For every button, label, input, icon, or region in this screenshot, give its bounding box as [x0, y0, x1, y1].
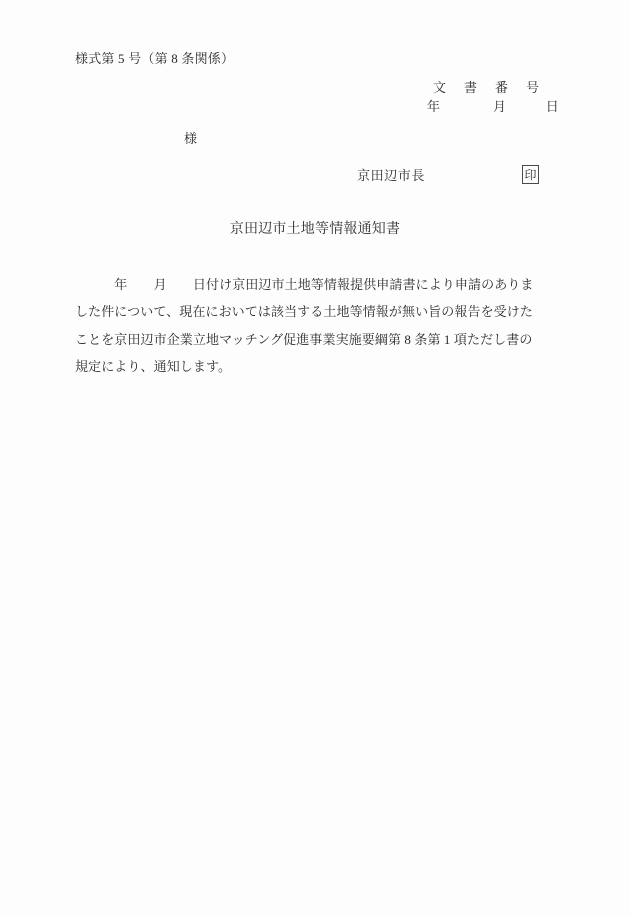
form-reference: 様式第 5 号（第 8 条関係）: [75, 51, 234, 66]
document-page: 様式第 5 号（第 8 条関係） 文 書 番 号 年 月 日 様 京田辺市長 印…: [0, 0, 630, 915]
date-line: 年 月 日: [427, 99, 559, 114]
addressee-honorific: 様: [184, 131, 197, 146]
body-line-3: ことを京田辺市企業立地マッチング促進事業実施要綱第 8 条第 1 項ただし書の: [75, 326, 543, 353]
body-line-4: 規定により、通知します。: [75, 353, 543, 380]
document-title: 京田辺市土地等情報通知書: [0, 218, 630, 238]
body-line-2: した件について、現在においては該当する土地等情報が無い旨の報告を受けた: [75, 298, 543, 325]
body-line-1: 年 月 日付け京田辺市土地等情報提供申請書により申請のありま: [75, 271, 543, 298]
body-paragraph: 年 月 日付け京田辺市土地等情報提供申請書により申請のありま した件について、現…: [75, 271, 543, 380]
seal-mark: 印: [524, 169, 536, 181]
seal-box: 印: [522, 165, 539, 184]
document-number-line: 文 書 番 号: [433, 80, 542, 95]
issuer-name: 京田辺市長: [357, 168, 425, 183]
